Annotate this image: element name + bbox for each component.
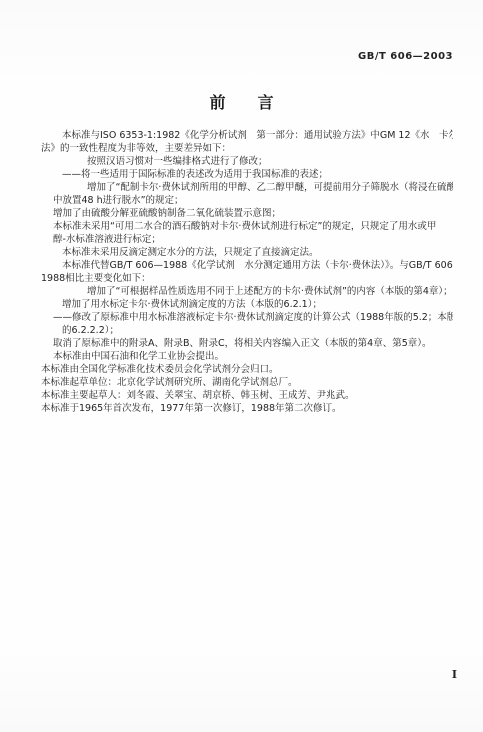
body-line: 中放置48 h进行脱水”的规定；: [41, 194, 453, 207]
standard-number: GB/T 606—2003: [358, 51, 453, 62]
body-line: 本标准代替GB/T 606—1988《化学试剂 水分测定通用方法（卡尔·费休法）…: [41, 259, 453, 272]
document-body: 本标准与ISO 6353-1:1982《化学分析试剂 第一部分：通用试验方法》中…: [41, 129, 453, 415]
body-line: 增加了由硫酸分解亚硫酸钠制备二氧化硫装置示意图；: [41, 207, 453, 220]
scanned-document-page: GB/T 606—2003 前 言 本标准与ISO 6353-1:1982《化学…: [0, 0, 483, 732]
body-line: 增加了“配制卡尔·费休试剂所用的甲醇、乙二醇甲醚，可提前用分子筛脱水（将浸在硫酸: [41, 181, 453, 194]
body-line: 醇-水标准溶液进行标定；: [41, 233, 453, 246]
body-line: 1988相比主要变化如下：: [41, 272, 453, 285]
body-line: 本标准由中国石油和化学工业协会提出。: [41, 350, 453, 363]
body-line: 本标准与ISO 6353-1:1982《化学分析试剂 第一部分：通用试验方法》中…: [41, 129, 453, 142]
page-number: Ⅰ: [452, 668, 457, 681]
body-line: 本标准未采用“可用二水合的酒石酸钠对卡尔·费休试剂进行标定”的规定，只规定了用水…: [41, 220, 453, 233]
body-line: ——修改了原标准中用水标准溶液标定卡尔·费休试剂滴定度的计算公式（1988年版的…: [41, 311, 453, 324]
body-line: 本标准由全国化学标准化技术委员会化学试剂分会归口。: [41, 363, 453, 376]
body-line: 按照汉语习惯对一些编排格式进行了修改；: [41, 155, 453, 168]
page-title: 前 言: [0, 90, 483, 113]
body-line: 取消了原标准中的附录A、附录B、附录C，将相关内容编入正文（本版的第4章、第5章…: [41, 337, 453, 350]
body-line: 增加了“可根据样品性质选用不同于上述配方的卡尔·费休试剂”的内容（本版的第4章）…: [41, 285, 453, 298]
body-line: ——将一些适用于国际标准的表述改为适用于我国标准的表述；: [41, 168, 453, 181]
body-line: 增加了用水标定卡尔·费休试剂滴定度的方法（本版的6.2.1）；: [41, 298, 453, 311]
body-line: 本标准起草单位：北京化学试剂研究所、湖南化学试剂总厂。: [41, 376, 453, 389]
body-line: 法》的一致性程度为非等效，主要差异如下：: [41, 142, 453, 155]
body-line: 本标准未采用反滴定测定水分的方法，只规定了直接滴定法。: [41, 246, 453, 259]
body-line: 本标准于1965年首次发布，1977年第一次修订，1988年第二次修订。: [41, 402, 453, 415]
body-line: 本标准主要起草人：刘冬霞、关翠宝、胡京桥、韩玉树、王成芳、尹兆武。: [41, 389, 453, 402]
body-line: 的6.2.2.2）；: [41, 324, 453, 337]
